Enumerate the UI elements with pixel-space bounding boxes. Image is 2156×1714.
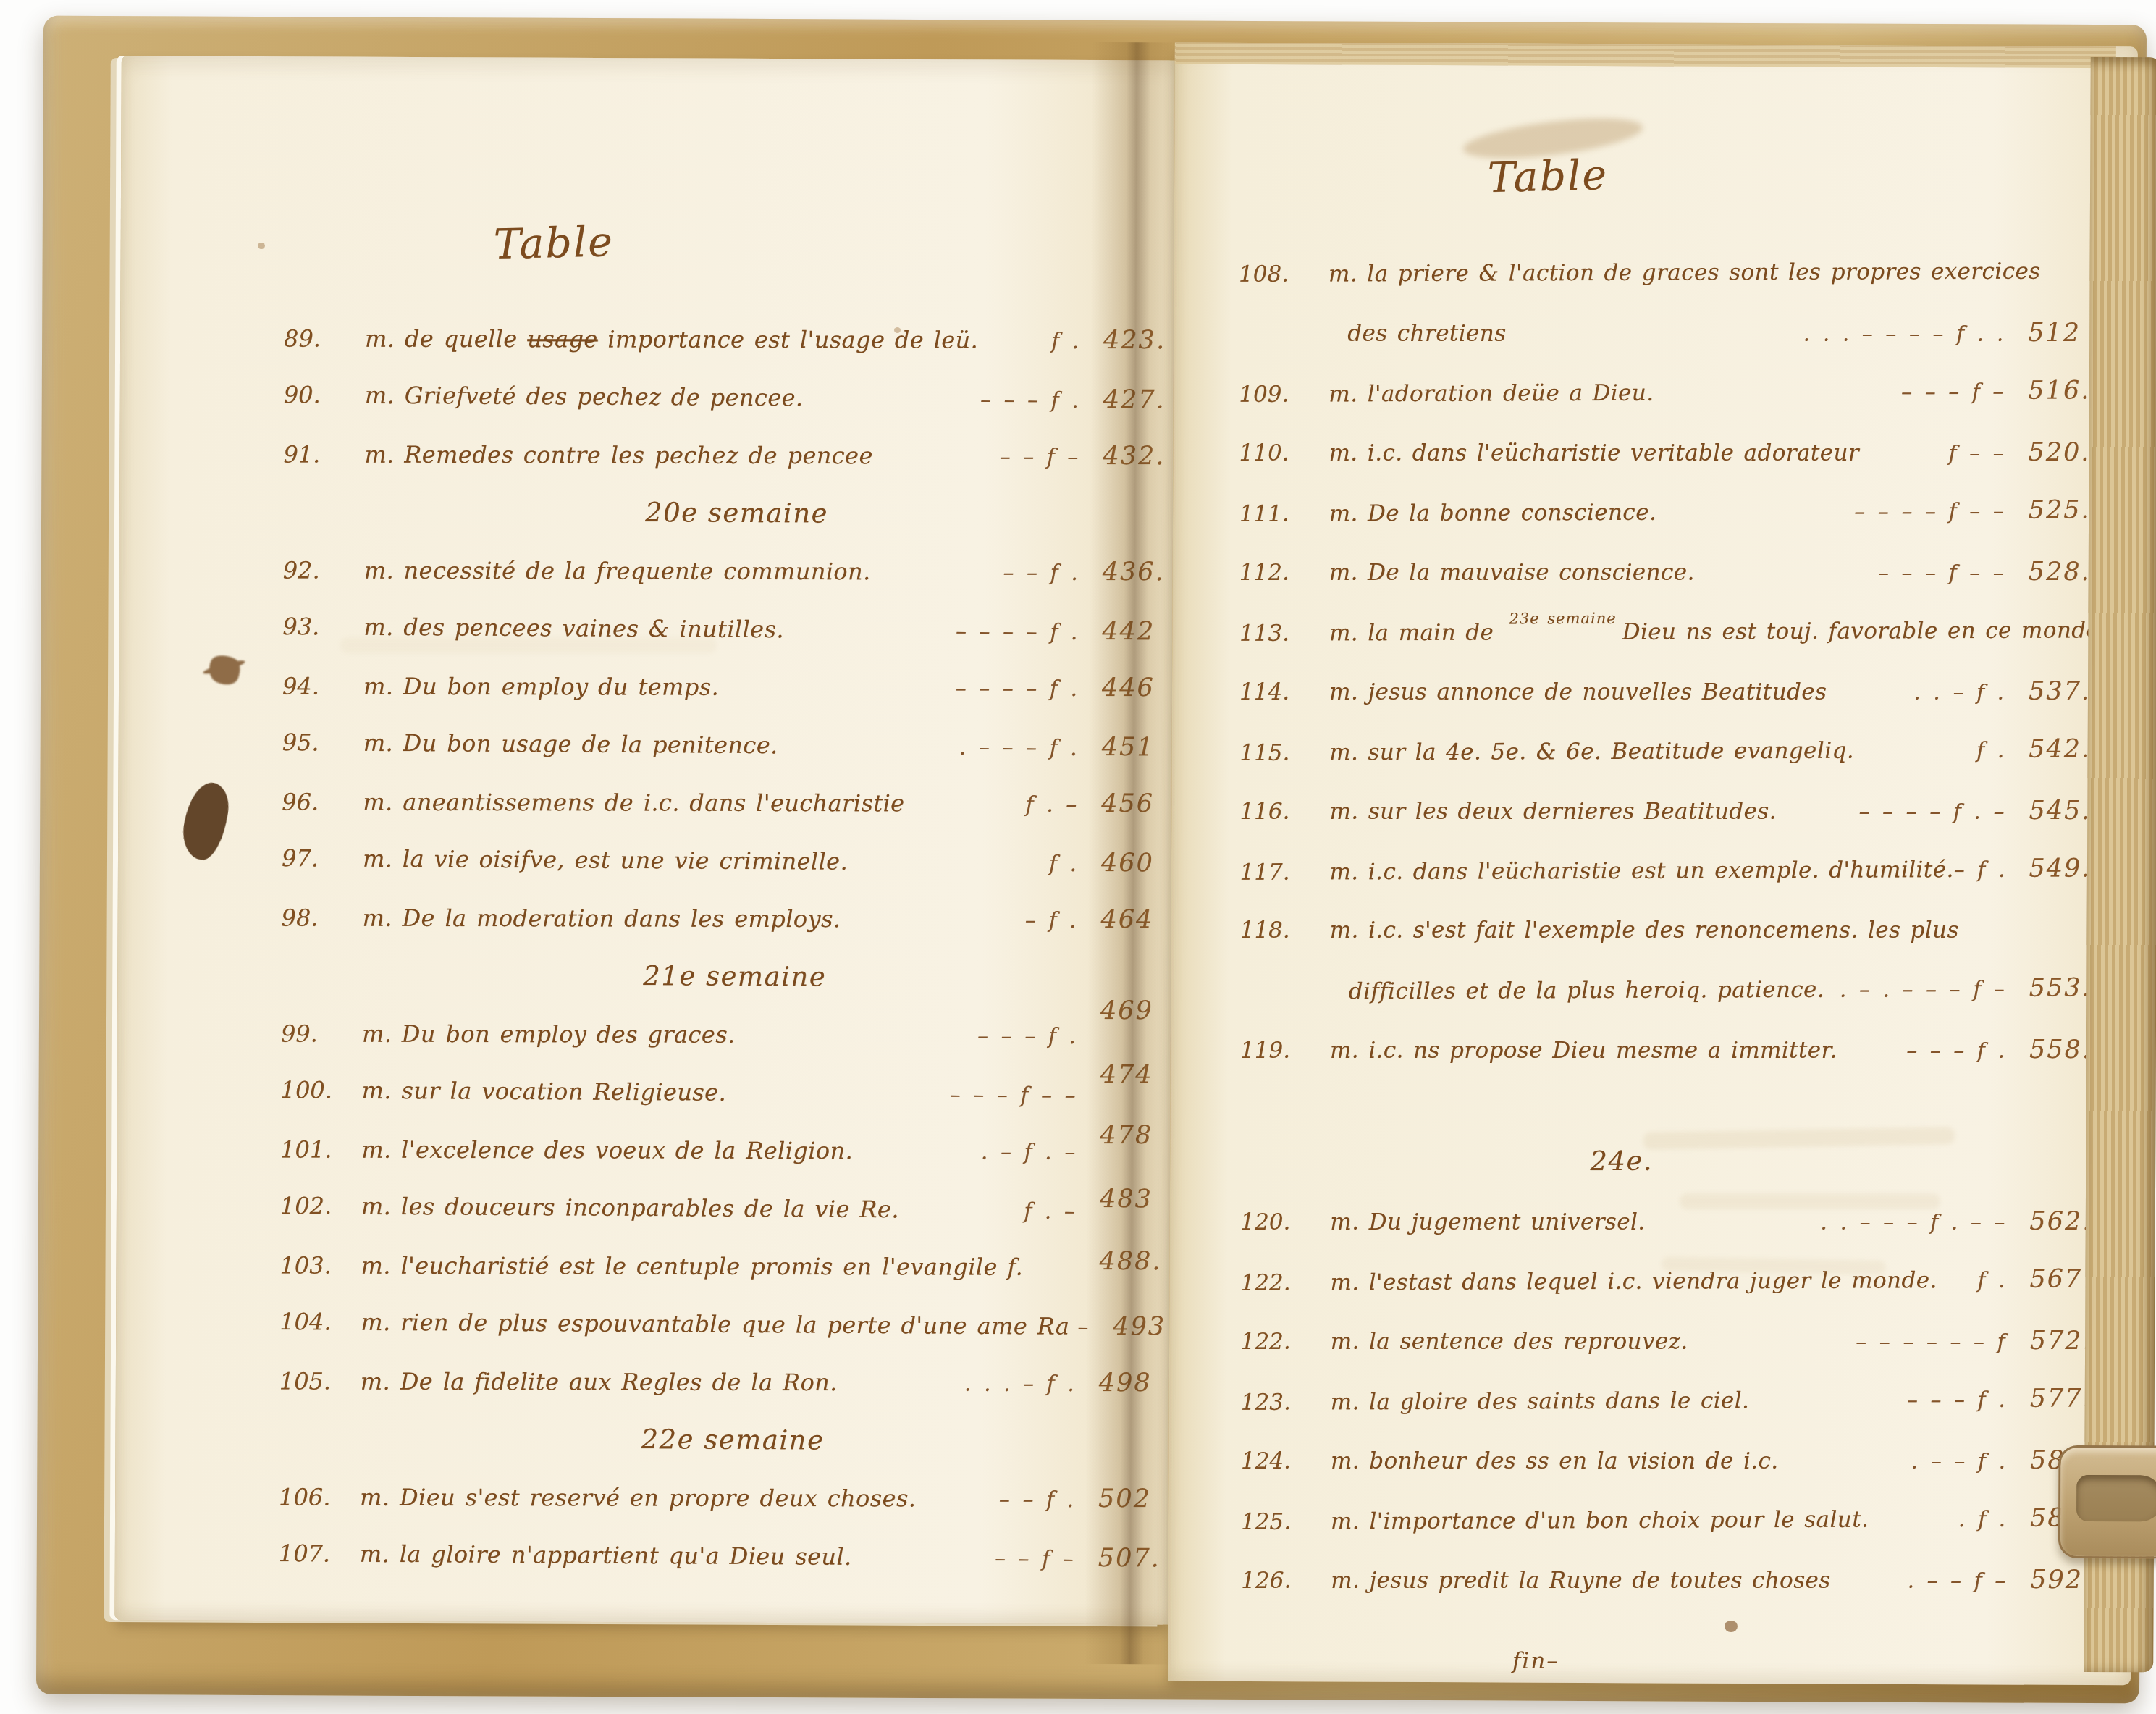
dot-leaders: . – f . – xyxy=(853,1134,1100,1171)
bleed-through xyxy=(1680,1193,1940,1209)
table-row: 116.m. sur les deux dernieres Beatitudes… xyxy=(1239,792,2114,852)
entry-number: 126. xyxy=(1241,1562,1331,1598)
entry-text: m. Du jugement universel. xyxy=(1330,1203,1645,1240)
entry-text: m. necessité de la frequente communion. xyxy=(364,553,871,590)
table-row: 104.m. rien de plus espouvantable que la… xyxy=(279,1303,1184,1367)
table-row: 97.m. la vie oisifve, est une vie crimin… xyxy=(282,840,1187,904)
table-row: 92.m. necessité de la frequente communio… xyxy=(283,552,1188,612)
table-row: 110.m. i.c. dans l'eücharistie veritable… xyxy=(1239,434,2114,494)
dot-leaders: – – f – xyxy=(873,439,1103,476)
right-page: Table 108.m. la priere & l'action de gra… xyxy=(1168,42,2138,1685)
entry-number: 119. xyxy=(1240,1032,1330,1068)
entry-text: m. la gloire des saints dans le ciel. xyxy=(1331,1382,1750,1420)
struck-word: usage xyxy=(527,325,598,353)
table-row: 117.m. i.c. dans l'eücharistie est un ex… xyxy=(1239,850,2114,913)
entry-number: 117. xyxy=(1239,854,1329,890)
entry-number: 122. xyxy=(1240,1264,1330,1301)
entry-number: 92. xyxy=(283,552,364,588)
entry-number: 98. xyxy=(282,899,363,936)
dot-leaders: . – – f . xyxy=(1778,1443,2029,1479)
page-top-edge xyxy=(1175,42,2116,68)
entry-number: 122. xyxy=(1241,1323,1331,1359)
entry-text: des chretiens xyxy=(1347,315,1506,351)
entry-number: 100. xyxy=(280,1072,361,1109)
section-header: 20e semaine xyxy=(283,492,1188,556)
left-page: Table 89.m. de quelle usage importance e… xyxy=(114,56,1174,1624)
dot-leaders: . . . – f . xyxy=(838,1366,1099,1403)
dot-leaders: f . – xyxy=(899,1193,1100,1230)
entry-text: m. De la fidelite aux Regles de la Ron. xyxy=(361,1364,838,1400)
right-entries-list: 108.m. la priere & l'action de graces so… xyxy=(1239,253,2115,1621)
dot-leaders: – – – f . xyxy=(1837,1033,2029,1069)
fore-edge xyxy=(2084,57,2156,1672)
table-row: 106.m. Dieu s'est reservé en propre deux… xyxy=(279,1479,1184,1539)
entry-number: 104. xyxy=(279,1303,361,1340)
left-entries-list: 89.m. de quelle usage importance est l'u… xyxy=(279,319,1189,1597)
entry-number: 89. xyxy=(284,320,365,356)
entry-text: m. Du bon usage de la penitence. xyxy=(363,725,778,763)
entry-text: m. De la bonne conscience. xyxy=(1329,495,1657,532)
dot-leaders: . . – – – f . – – xyxy=(1645,1204,2029,1240)
page-title-left: Table xyxy=(493,206,1190,329)
section-header-label: 20e semaine xyxy=(645,495,828,532)
entry-number: 108. xyxy=(1239,256,1328,292)
table-row: des chretiens. . . – – – – f . .512 xyxy=(1239,314,2113,374)
table-row: 108.m. la priere & l'action de graces so… xyxy=(1239,253,2113,316)
entry-text: m. aneantissemens de i.c. dans l'euchari… xyxy=(363,784,904,822)
entry-text-post: Dieu ns est touj. favorable en ce monde. xyxy=(1622,617,2107,645)
manuscript-photo: Table 89.m. de quelle usage importance e… xyxy=(0,0,2156,1714)
entry-text: m. jesus predit la Ruyne de toutes chose… xyxy=(1331,1562,1830,1598)
entry-text: m. la sentence des reprouvez. xyxy=(1331,1323,1688,1359)
table-row: 126.m. jesus predit la Ruyne de toutes c… xyxy=(1241,1561,2115,1621)
entry-text: m. i.c. dans l'eücharistie veritable ado… xyxy=(1329,434,1860,471)
fox-spot xyxy=(258,243,265,249)
entry-number: 102. xyxy=(280,1188,361,1224)
entry-text: m. bonheur des ss en la vision de i.c. xyxy=(1331,1442,1779,1479)
entry-number: 112. xyxy=(1239,554,1329,590)
entry-text: m. la priere & l'action de graces sont l… xyxy=(1328,253,2041,293)
table-row: 95.m. Du bon usage de la penitence.. – –… xyxy=(282,724,1187,788)
dot-leaders: – – – – f . xyxy=(784,613,1103,651)
dot-leaders: f . xyxy=(1854,733,2029,770)
dot-leaders: – f . xyxy=(841,902,1100,939)
entry-text: m. Du bon employ du temps. xyxy=(363,668,719,705)
entry-number: 103. xyxy=(279,1247,361,1283)
section-header-label: 21e semaine xyxy=(643,958,826,996)
fox-spot xyxy=(894,327,901,333)
entry-number: 110. xyxy=(1239,434,1329,471)
page-gutter xyxy=(1085,42,1179,1665)
table-row: 100.m. sur la vocation Religieuse.– – – … xyxy=(280,1072,1185,1135)
dot-leaders: – – – – f – – xyxy=(1656,494,2029,532)
entry-number: 123. xyxy=(1241,1384,1331,1420)
entry-text: m. Griefveté des pechez de pencee. xyxy=(365,377,804,416)
entry-text: m. l'importance d'un bon choix pour le s… xyxy=(1331,1502,1869,1540)
entry-number: 95. xyxy=(282,724,363,761)
entry-number: 91. xyxy=(283,436,364,472)
entry-text: m. i.c. ns propose Dieu mesme a immitter… xyxy=(1330,1032,1837,1068)
dot-leaders: – – – f . xyxy=(736,1018,1100,1055)
table-row: 119.m. i.c. ns propose Dieu mesme a immi… xyxy=(1240,1031,2115,1091)
dot-leaders: f . xyxy=(1937,1263,2030,1299)
entry-number: 109. xyxy=(1239,376,1328,412)
dot-leaders: . f . xyxy=(1869,1502,2030,1539)
entry-text: m. l'excelence des voeux de la Religion. xyxy=(361,1132,853,1169)
dot-leaders: f . xyxy=(848,845,1101,883)
dot-leaders: – – – f . xyxy=(803,381,1103,419)
table-row: 115.m. sur la 4e. 5e. & 6e. Beatitude ev… xyxy=(1239,731,2114,794)
table-row: 91.m. Remedes contre les pechez de pence… xyxy=(283,436,1188,496)
table-row: 94.m. Du bon employ du temps.– – – – f .… xyxy=(282,668,1187,728)
table-row: 102.m. les douceurs inconparables de la … xyxy=(280,1188,1185,1251)
entry-number: 101. xyxy=(280,1131,361,1167)
dot-leaders: – – – – f . – xyxy=(1777,794,2029,830)
entry-number: 99. xyxy=(281,1015,362,1051)
table-row: 101.m. l'excelence des voeux de la Relig… xyxy=(280,1131,1185,1191)
entry-text: m. la main de 23e semaineDieu ns est tou… xyxy=(1329,612,2107,653)
entry-number: 90. xyxy=(284,377,365,413)
table-row: 99.m. Du bon employ des graces.– – – f .… xyxy=(281,1015,1186,1075)
table-row: 105.m. De la fidelite aux Regles de la R… xyxy=(279,1363,1184,1423)
table-row: 109.m. l'adoration deüe a Dieu.– – – f –… xyxy=(1239,372,2113,435)
entry-number: 115. xyxy=(1239,734,1329,770)
table-row: 122.m. la sentence des reprouvez.– – – –… xyxy=(1241,1322,2115,1382)
section-header: 22e semaine xyxy=(279,1419,1184,1483)
entry-number: 124. xyxy=(1241,1442,1331,1479)
table-row: 107.m. la gloire n'appartient qu'a Dieu … xyxy=(279,1535,1184,1599)
section-header: 24e. xyxy=(1240,1141,2115,1204)
entry-text: m. l'eucharistié est le centuple promis … xyxy=(361,1248,1023,1285)
entry-number: 114. xyxy=(1239,673,1329,710)
dot-leaders: . . . – – – – f . . xyxy=(1506,316,2028,352)
dot-leaders: – – f – xyxy=(851,1540,1098,1578)
dot-leaders: f . xyxy=(978,324,1103,360)
entry-text: m. la gloire n'appartient qu'a Dieu seul… xyxy=(360,1536,852,1575)
table-row: difficilles et de la plus heroiq. patien… xyxy=(1240,970,2115,1033)
entry-text: m. Dieu s'est reservé en propre deux cho… xyxy=(360,1479,916,1517)
dot-leaders: . . – f . xyxy=(1827,674,2029,710)
entry-number: 94. xyxy=(282,668,363,704)
entry-number: 125. xyxy=(1241,1503,1331,1539)
entry-text: m. De la mauvaise conscience. xyxy=(1329,554,1695,590)
open-book: Table 89.m. de quelle usage importance e… xyxy=(36,16,2147,1704)
entry-text: m. la vie oisifve, est une vie criminell… xyxy=(363,841,848,880)
entry-text: m. l'adoration deüe a Dieu. xyxy=(1328,375,1654,413)
dot-leaders: – – – f . xyxy=(1749,1382,2030,1419)
section-header-label: 24e. xyxy=(1590,1143,1653,1180)
dot-leaders: f – – xyxy=(1859,435,2028,471)
entry-number: 106. xyxy=(279,1479,360,1515)
entry-text: m. rien de plus espouvantable que la per… xyxy=(361,1304,1069,1345)
dot-leaders: . – . – – – f – xyxy=(1824,972,2029,1009)
table-row: 120.m. Du jugement universel.. . – – – f… xyxy=(1240,1203,2115,1263)
table-row: 114.m. jesus annonce de nouvelles Beatit… xyxy=(1239,673,2114,733)
table-row: 125.m. l'importance d'un bon choix pour … xyxy=(1241,1500,2115,1563)
dot-leaders: – – – f – xyxy=(1654,374,2028,412)
fin-mark: fin– xyxy=(1512,1648,1559,1674)
entry-text-pre: m. la main de xyxy=(1329,619,1504,646)
entry-text: m. de quelle usage importance est l'usag… xyxy=(365,321,978,358)
page-title-right: Table xyxy=(1487,137,2115,263)
table-row: 112.m. De la mauvaise conscience.– – – f… xyxy=(1239,553,2114,613)
entry-number: 118. xyxy=(1240,912,1330,948)
dot-leaders: – – f . xyxy=(871,555,1103,592)
dot-leaders: . – – – f . xyxy=(778,728,1101,767)
table-row: 103.m. l'eucharistié est le centuple pro… xyxy=(279,1247,1184,1307)
entry-text: m. jesus annonce de nouvelles Beatitudes xyxy=(1329,673,1827,710)
dot-leaders: f . – xyxy=(904,786,1101,823)
entry-number: 111. xyxy=(1239,495,1329,532)
clasp-strap xyxy=(2058,1445,2156,1559)
dot-leaders: – – f . xyxy=(916,1482,1098,1518)
entry-number: 116. xyxy=(1239,793,1329,829)
interlinear-note: 23e semaine xyxy=(1509,610,1616,628)
entry-text: m. sur les deux dernieres Beatitudes. xyxy=(1329,793,1776,829)
entry-text: m. Remedes contre les pechez de pencee xyxy=(364,437,873,474)
entry-number: 105. xyxy=(279,1363,361,1399)
section-header-label: 22e semaine xyxy=(641,1421,824,1459)
table-row: 89.m. de quelle usage importance est l'u… xyxy=(284,320,1189,380)
section-header: 21e semaine xyxy=(281,956,1186,1020)
entry-text-post: importance est l'usage de leü. xyxy=(598,325,979,353)
table-row: 96.m. aneantissemens de i.c. dans l'euch… xyxy=(282,784,1187,844)
entry-text: difficilles et de la plus heroiq. patien… xyxy=(1349,972,1824,1010)
entry-text: m. sur la 4e. 5e. & 6e. Beatitude evange… xyxy=(1329,733,1854,771)
entry-text: m. sur la vocation Religieuse. xyxy=(361,1072,726,1111)
table-row: 113.m. la main de 23e semaineDieu ns est… xyxy=(1239,611,2114,674)
entry-text: m. i.c. dans l'eücharistie est un exempl… xyxy=(1329,852,1953,890)
bleed-through xyxy=(340,637,717,653)
entry-number: 120. xyxy=(1240,1203,1330,1240)
table-row: 90.m. Griefveté des pechez de pencee.– –… xyxy=(283,377,1188,440)
table-row: 118.m. i.c. s'est fait l'exemple des ren… xyxy=(1240,912,2115,972)
dot-leaders: . – – f – xyxy=(1830,1563,2030,1599)
dot-leaders: – – – f – – xyxy=(1695,555,2029,591)
dot-leaders: – – – – f . xyxy=(719,671,1102,707)
dot-leaders: – f . xyxy=(1954,852,2029,888)
entry-number: 113. xyxy=(1239,615,1329,651)
entry-text: m. Du bon employ des graces. xyxy=(362,1016,736,1053)
entry-number: 97. xyxy=(282,840,363,877)
entry-text: m. De la moderation dans les employs. xyxy=(363,900,841,937)
table-row: 124.m. bonheur des ss en la vision de i.… xyxy=(1241,1442,2115,1502)
table-row: 98.m. De la moderation dans les employs.… xyxy=(281,899,1186,959)
entry-text: m. les douceurs inconparables de la vie … xyxy=(361,1188,899,1228)
entry-number: 107. xyxy=(279,1535,360,1572)
table-row: 111.m. De la bonne conscience.– – – – f … xyxy=(1239,492,2114,555)
entry-text-pre: m. de quelle xyxy=(365,325,527,353)
dot-leaders: – – – – – – f xyxy=(1688,1324,2030,1360)
entry-number: 96. xyxy=(282,784,363,820)
entry-text: m. i.c. s'est fait l'exemple des renonce… xyxy=(1330,912,1959,948)
fox-spot xyxy=(1725,1621,1738,1632)
dot-leaders: – – – f – – xyxy=(726,1076,1100,1114)
table-row: 123.m. la gloire des saints dans le ciel… xyxy=(1241,1380,2115,1443)
